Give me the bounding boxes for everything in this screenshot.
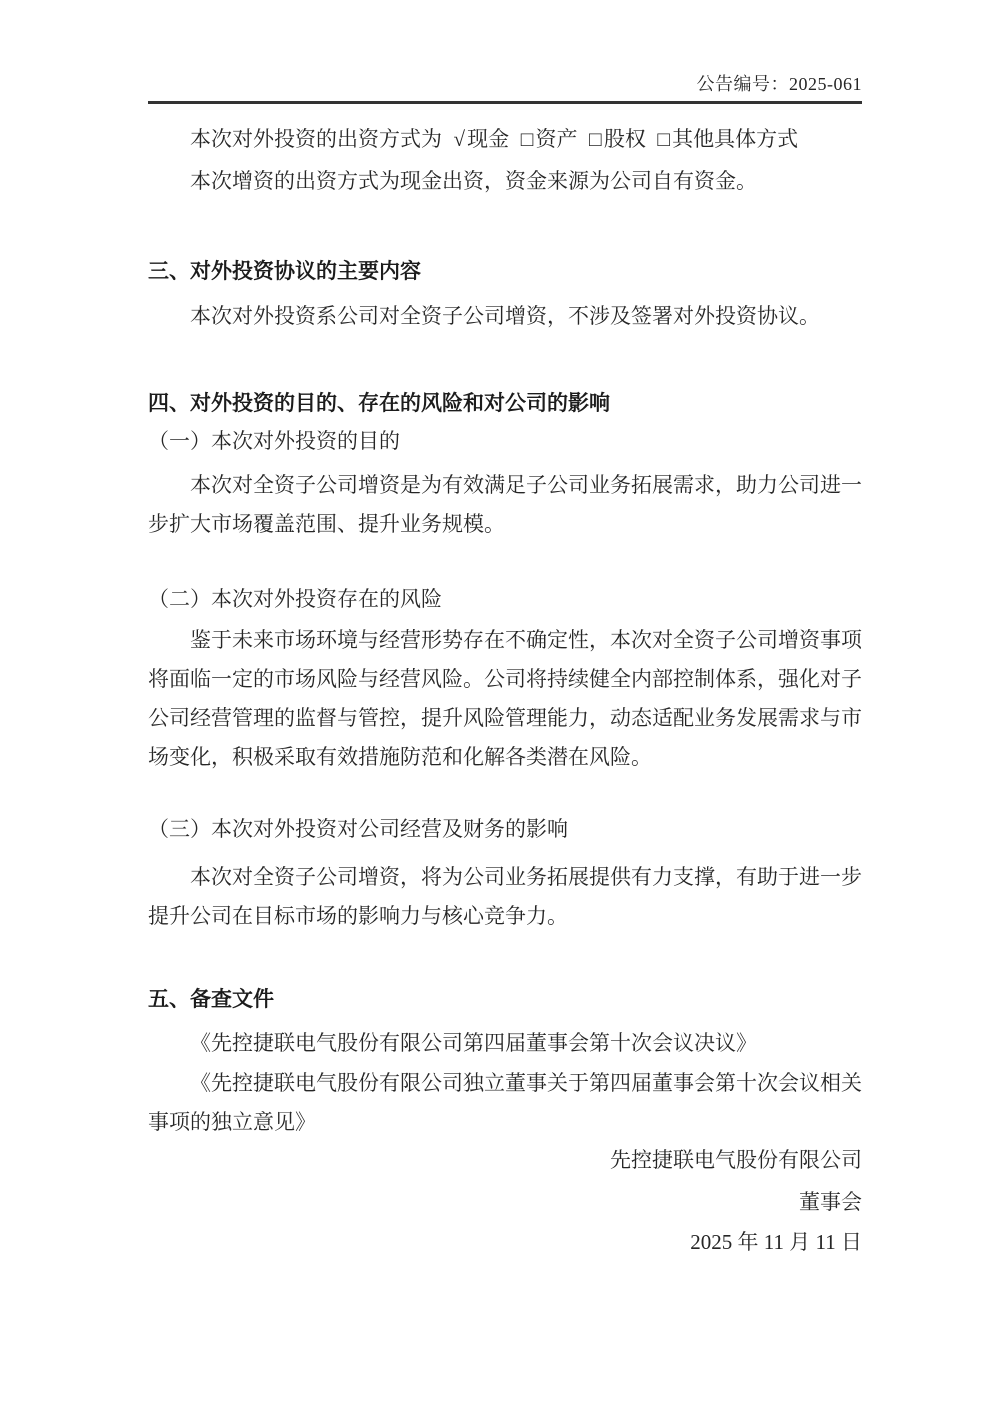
payment-option-label: 其他具体方式 [672,127,798,151]
section-4-2-subheading: （二）本次对外投资存在的风险 [148,580,862,619]
checkbox-empty-icon: □ [589,127,602,151]
signature-date: 2025 年 11 月 11 日 [148,1223,873,1262]
section-5-heading: 五、备查文件 [148,980,862,1019]
signature-company: 先控捷联电气股份有限公司 [148,1141,862,1180]
section-3-heading: 三、对外投资协议的主要内容 [148,252,862,291]
header-rule [148,101,862,104]
payment-option-label: 资产 [536,127,578,151]
payment-option: □其他具体方式 [657,127,798,151]
section-4-1-subheading: （一）本次对外投资的目的 [148,422,862,461]
checkmark-icon: √ [454,127,466,151]
checkbox-empty-icon: □ [657,127,670,151]
section-3-paragraph: 本次对外投资系公司对全资子公司增资，不涉及签署对外投资协议。 [148,297,862,336]
section-4-3-subheading: （三）本次对外投资对公司经营及财务的影响 [148,810,862,849]
payment-options: √现金□资产□股权□其他具体方式 [442,127,798,151]
signature-issuer: 董事会 [148,1183,873,1222]
announcement-page: 公告编号：2025-061 本次对外投资的出资方式为√现金□资产□股权□其他具体… [0,0,1000,1414]
section-4-3-paragraph: 本次对全资子公司增资，将为公司业务拓展提供有力支撑，有助于进一步提升公司在目标市… [148,858,862,936]
reference-document-2: 《先控捷联电气股份有限公司独立董事关于第四届董事会第十次会议相关事项的独立意见》 [148,1064,862,1142]
payment-option: √现金 [454,127,510,151]
payment-option-label: 现金 [467,127,509,151]
section-4-heading: 四、对外投资的目的、存在的风险和对公司的影响 [148,384,862,423]
section-4-2-paragraph: 鉴于未来市场环境与经营形势存在不确定性，本次对全资子公司增资事项将面临一定的市场… [148,621,862,777]
payment-method-prefix: 本次对外投资的出资方式为 [190,127,442,151]
payment-option: □资产 [521,127,578,151]
payment-option-label: 股权 [604,127,646,151]
checkbox-empty-icon: □ [521,127,534,151]
doc-number: 公告编号：2025-061 [697,72,863,96]
payment-option: □股权 [589,127,646,151]
payment-method-line: 本次对外投资的出资方式为√现金□资产□股权□其他具体方式 [148,120,862,159]
reference-document-1: 《先控捷联电气股份有限公司第四届董事会第十次会议决议》 [148,1024,862,1063]
section-4-1-paragraph: 本次对全资子公司增资是为有效满足子公司业务拓展需求，助力公司进一步扩大市场覆盖范… [148,466,862,544]
page-content: 公告编号：2025-061 本次对外投资的出资方式为√现金□资产□股权□其他具体… [148,0,862,1414]
funding-source-line: 本次增资的出资方式为现金出资，资金来源为公司自有资金。 [148,162,862,201]
